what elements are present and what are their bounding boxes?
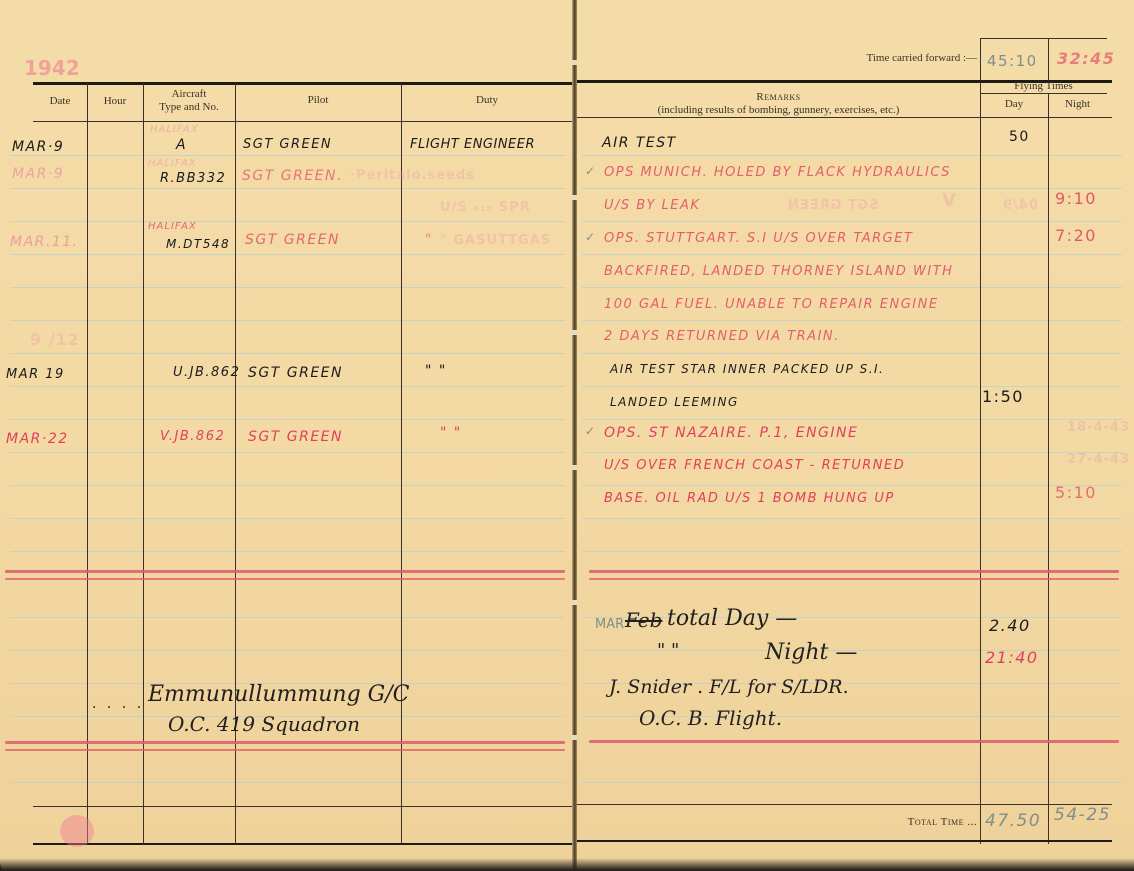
carried-forward-night: 32:45: [1057, 50, 1115, 68]
remark-line: LANDED LEEMING: [610, 393, 739, 411]
entry-aircraft-no: R.BB332: [160, 170, 226, 188]
entry-pilot: SGT GREEN.: [242, 167, 343, 185]
entry-pilot: SGT GREEN: [243, 136, 332, 154]
header-remarks: Remarks (including results of bombing, g…: [577, 91, 980, 117]
entry-duty: FLIGHT ENGINEER: [410, 136, 535, 154]
header-date: Date: [33, 95, 87, 108]
logbook-right-page: Time carried forward :— 45:10 32:45 Rema…: [577, 0, 1134, 871]
entry-duty-ditto: " ": [425, 362, 447, 380]
remark-line: AIR TEST STAR INNER PACKED UP S.I.: [610, 360, 884, 378]
bleed-through-text: " GASUTTGAS: [440, 233, 551, 248]
check-mark-icon: ✓: [585, 164, 595, 178]
entry-pilot: SGT GREEN: [245, 231, 340, 249]
bleed-through-text: U/S ₄₁₅ SPR: [440, 200, 531, 215]
bleed-through-text: 9 /12: [30, 330, 80, 349]
bleed-through-text: SGT GREEN: [787, 198, 879, 213]
header-day: Day: [980, 98, 1048, 111]
remark-line: AIR TEST: [602, 134, 677, 152]
header-flying-times: Flying Times: [980, 80, 1107, 93]
header-duty: Duty: [401, 94, 573, 107]
night-time: 7:20: [1055, 227, 1097, 245]
day-time: 1:50: [982, 388, 1024, 406]
summary-day-total: 2.40: [989, 617, 1031, 635]
entry-duty-ditto: ": [425, 231, 433, 249]
entry-date: MAR·9: [12, 138, 64, 156]
remark-line: OPS MUNICH. HOLED BY FLACK HYDRAULICS: [604, 164, 951, 182]
remark-line: U/S BY LEAK: [604, 197, 700, 215]
entry-date: MAR 19: [6, 366, 65, 384]
entry-date: MAR.11.: [10, 233, 79, 251]
remark-line: OPS. ST NAZAIRE. P.1, ENGINE: [604, 424, 858, 442]
summary-day-label: total Day —: [667, 606, 797, 631]
total-day: 47.50: [985, 812, 1041, 830]
summary-night-total: 21:40: [985, 649, 1039, 667]
night-time: 5:10: [1055, 484, 1097, 502]
entry-duty-ditto: " ": [440, 424, 462, 442]
flight-commander-signature: J. Snider . F/L for S/LDR.: [609, 676, 849, 698]
entry-pilot: SGT GREEN: [248, 364, 343, 382]
entry-aircraft-no: A: [176, 136, 187, 154]
commander-signature: Emmunullummung G/C: [148, 682, 410, 707]
header-hour: Hour: [87, 95, 143, 108]
carried-forward-day: 45:10: [987, 52, 1038, 70]
bleed-through-text: 04/9: [1002, 198, 1038, 213]
entry-aircraft-no: M.DT548: [166, 235, 230, 253]
year-stamp: 1942: [24, 56, 80, 80]
ink-blot: [60, 815, 94, 847]
bleed-through-text: 18-4-43: [1067, 420, 1130, 435]
check-mark-icon: ✓: [585, 424, 595, 438]
check-mark-icon: ✓: [585, 230, 595, 244]
header-night: Night: [1048, 98, 1107, 111]
entry-date: MAR·9: [12, 165, 64, 183]
bleed-through-text: 27-4-43: [1067, 452, 1130, 467]
logbook-left-page: 1942 Date Hour Aircraft Type and No. Pil…: [0, 0, 573, 871]
summary-ditto: " ": [657, 640, 679, 661]
remark-line: 2 DAYS RETURNED VIA TRAIN.: [604, 328, 840, 346]
page-edge-shadow: [0, 858, 1134, 871]
signature-dots: . . . .: [92, 695, 144, 713]
total-night: 54-25: [1054, 806, 1111, 824]
entry-aircraft-no: U.JB.862: [173, 364, 240, 382]
header-aircraft: Aircraft Type and No.: [143, 88, 235, 114]
flight-commander-title: O.C. B. Flight.: [639, 706, 782, 730]
struck-word: Feb: [625, 608, 662, 632]
entry-aircraft-type: HALIFAX: [150, 121, 199, 139]
entry-aircraft-type: HALIFAX: [148, 218, 197, 236]
entry-pilot: SGT GREEN: [248, 428, 343, 446]
remark-line: 100 GAL FUEL. UNABLE TO REPAIR ENGINE: [604, 296, 939, 314]
commander-title: O.C. 419 Squadron: [168, 712, 360, 736]
summary-night-label: Night —: [765, 640, 857, 665]
bleed-through-text: ·Peritalo.seeds: [350, 168, 475, 183]
day-time: 50: [1009, 128, 1030, 146]
summary-month: MAR: [595, 616, 624, 634]
remark-line: BACKFIRED, LANDED THORNEY ISLAND WITH: [604, 263, 953, 281]
entry-date: MAR·22: [6, 430, 69, 448]
remark-line: OPS. STUTTGART. S.I U/S OVER TARGET: [604, 230, 913, 248]
time-carried-forward-label: Time carried forward :—: [827, 52, 977, 65]
entry-aircraft-no: V.JB.862: [160, 428, 225, 446]
night-time: 9:10: [1055, 190, 1097, 208]
bleed-through-text: V: [942, 190, 957, 211]
total-time-label: Total Time ...: [827, 816, 977, 829]
remark-line: U/S OVER FRENCH COAST - RETURNED: [604, 457, 905, 475]
remark-line: BASE. OIL RAD U/S 1 BOMB HUNG UP: [604, 490, 895, 508]
header-pilot: Pilot: [235, 94, 401, 107]
